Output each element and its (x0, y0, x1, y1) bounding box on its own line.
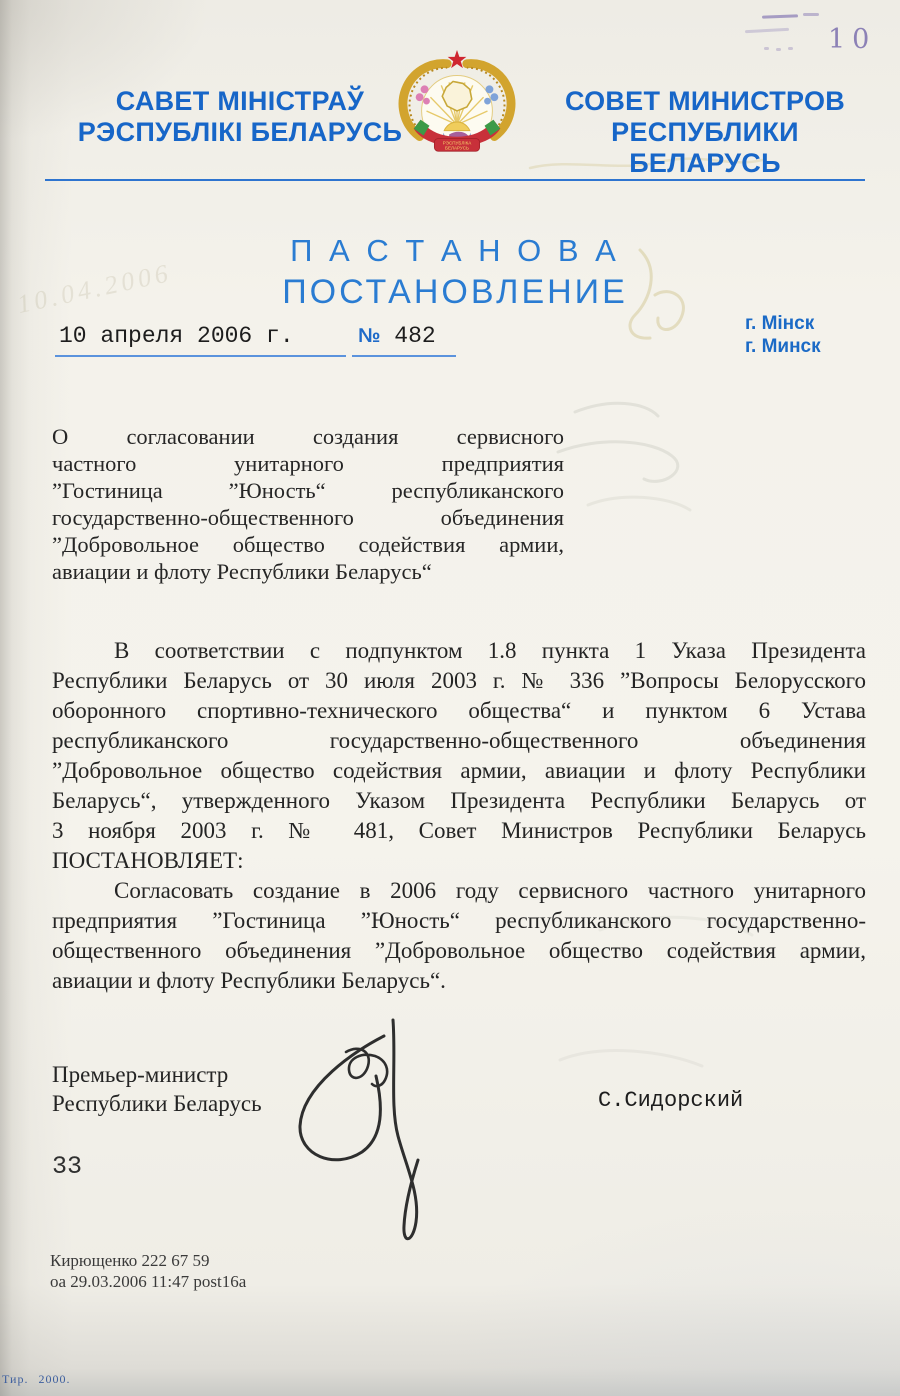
file-reference: оа 29.03.2006 11:47 post16a (50, 1271, 246, 1292)
stamp-mark (803, 13, 819, 16)
stamp-mark (788, 47, 793, 50)
title-belarusian: П А С Т А Н О В А (225, 233, 685, 269)
signer-name: С.Сидорский (598, 1088, 743, 1113)
body-line: ”Добровольное общество содействия армии,… (52, 756, 866, 786)
body-line: Согласовать создание в 2006 году сервисн… (52, 876, 866, 906)
handwritten-signature (272, 1014, 452, 1249)
decree-document-page: 10 10.04.2006 САВЕТ МІНІСТРАЎ РЭСПУБЛІКІ… (0, 0, 900, 1396)
subject-line: О согласовании создания сервисного (52, 423, 564, 450)
pencil-date-note: 10.04.2006 (15, 258, 175, 320)
number-sign: № (358, 325, 380, 348)
body-line: оборонного спортивно-технического общест… (52, 696, 866, 726)
org-ru-line2: РЕСПУБЛИКИ БЕЛАРУСЬ (540, 117, 870, 179)
body-line: предприятия ”Гостиница ”Юность“ республи… (52, 906, 866, 936)
page-number-stamp: 10 (828, 24, 876, 55)
org-name-belarusian: САВЕТ МІНІСТРАЎ РЭСПУБЛІКІ БЕЛАРУСЬ (75, 86, 405, 148)
subject-line: авиации и флоту Республики Беларусь“ (52, 558, 564, 585)
subject-line: ”Гостиница ”Юность“ республиканского (52, 477, 564, 504)
subject-line: государственно-общественного объединения (52, 504, 564, 531)
body-line: В соответствии с подпунктом 1.8 пункта 1… (52, 636, 866, 666)
signer-post-line2: Республики Беларусь (52, 1089, 262, 1118)
body-line: общественного объединения ”Добровольное … (52, 936, 866, 966)
place-block: г. Мінск г. Минск (745, 312, 821, 358)
subject-line: частного унитарного предприятия (52, 450, 564, 477)
stamp-mark (745, 28, 789, 33)
body-line: Беларусь“, утвержденного Указом Президен… (52, 786, 866, 816)
stamp-mark (776, 48, 781, 51)
coat-of-arms-belarus-icon: РЭСПУБЛІКА БЕЛАРУСЬ (398, 48, 516, 168)
signer-post: Премьер-министр Республики Беларусь (52, 1060, 262, 1118)
body-line: Республики Беларусь от 30 июля 2003 г. №… (52, 666, 866, 696)
decree-number: 482 (394, 323, 435, 349)
place-belarusian: г. Мінск (745, 312, 821, 335)
body-line: авиации и флоту Республики Беларусь“. (52, 966, 866, 996)
decree-number-field: № 482 (352, 323, 456, 357)
org-ru-line1: СОВЕТ МИНИСТРОВ (540, 86, 870, 117)
sheet-number: 33 (52, 1152, 82, 1181)
body-line: республиканского государственно-обществе… (52, 726, 866, 756)
org-by-line2: РЭСПУБЛІКІ БЕЛАРУСЬ (75, 117, 405, 148)
document-title: П А С Т А Н О В А ПОСТАНОВЛЕНИЕ (225, 233, 685, 312)
place-russian: г. Минск (745, 335, 821, 358)
emblem-ribbon-text-line2: БЕЛАРУСЬ (445, 146, 469, 151)
decree-body: В соответствии с подпунктом 1.8 пункта 1… (52, 636, 866, 996)
executor-footer: Кирющенко 222 67 59 оа 29.03.2006 11:47 … (50, 1250, 246, 1292)
body-line: ПОСТАНОВЛЯЕТ: (52, 846, 866, 876)
stamp-mark (762, 14, 798, 18)
executor-contact: Кирющенко 222 67 59 (50, 1250, 246, 1271)
title-russian: ПОСТАНОВЛЕНИЕ (225, 273, 685, 312)
decree-subject: О согласовании создания сервисного частн… (52, 423, 564, 585)
print-run-note: Тир. 2000. (2, 1372, 70, 1387)
org-name-russian: СОВЕТ МИНИСТРОВ РЕСПУБЛИКИ БЕЛАРУСЬ (540, 86, 870, 179)
subject-line: ”Добровольное общество содействия армии, (52, 531, 564, 558)
body-line: 3 ноября 2003 г. № 481, Совет Министров … (52, 816, 866, 846)
stamp-mark (764, 47, 769, 50)
header-divider-rule (45, 179, 865, 181)
org-by-line1: САВЕТ МІНІСТРАЎ (75, 86, 405, 117)
emblem-ribbon-text-line1: РЭСПУБЛІКА (443, 140, 471, 145)
decree-date: 10 апреля 2006 г. (55, 323, 346, 357)
signer-post-line1: Премьер-министр (52, 1060, 262, 1089)
